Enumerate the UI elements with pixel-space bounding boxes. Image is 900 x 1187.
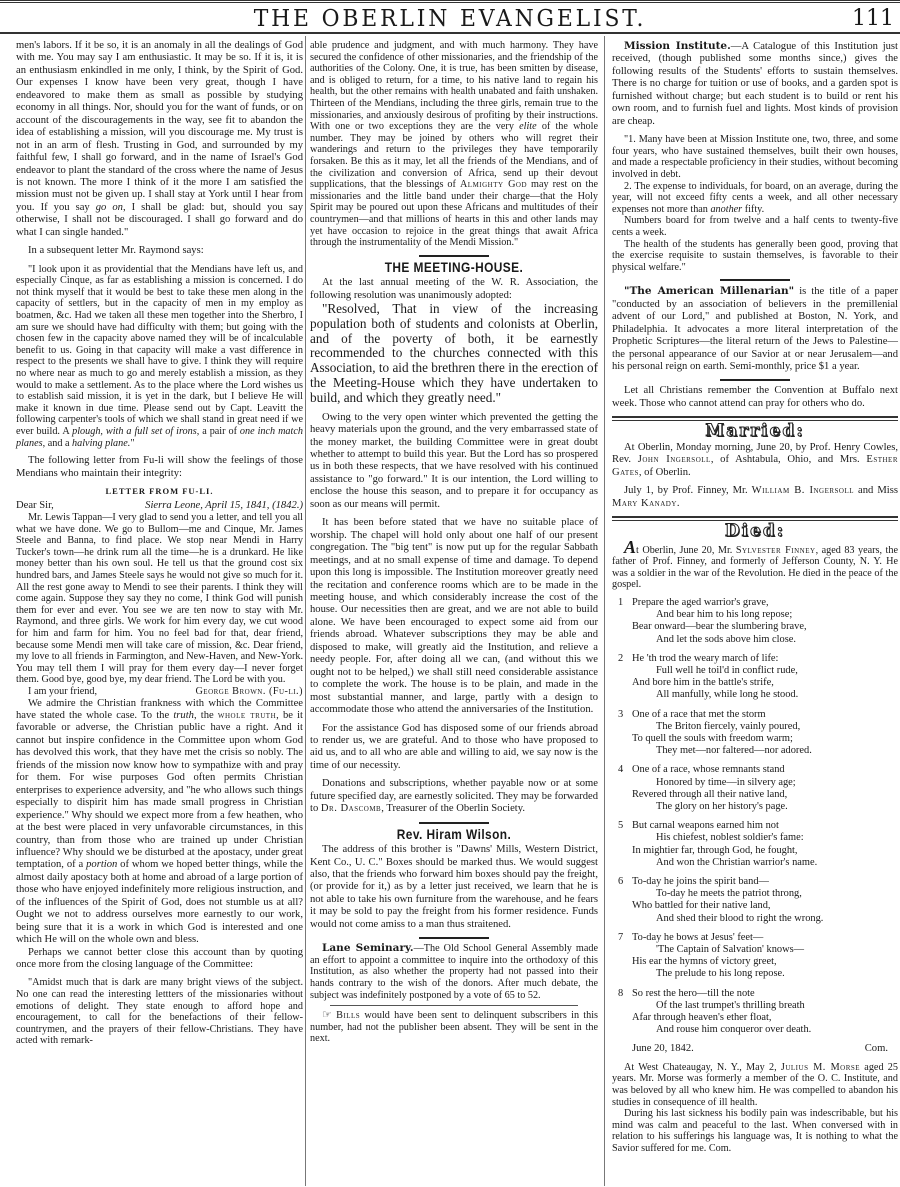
poem-stanza: 3One of a race that met the stormThe Bri… <box>632 709 898 758</box>
paragraph: Owing to the very open winter which prev… <box>310 412 598 512</box>
poem-line: 4One of a race, whose remnants stand <box>632 764 898 776</box>
stanza-number: 1 <box>618 597 632 609</box>
paragraph: The address of this brother is "Dawns' M… <box>310 844 598 931</box>
poem-line: 2He 'th trod the weary march of life: <box>632 653 898 665</box>
poem-line: To quell the souls with freedom warm; <box>632 733 898 745</box>
article-heading: THE MEETING-HOUSE. <box>332 261 577 273</box>
drop-cap: A <box>624 537 636 557</box>
stanza-number: 2 <box>618 653 632 665</box>
poem-line: In mightier far, through God, he fought, <box>632 845 898 857</box>
poem-line: 1Prepare the aged warrior's grave, <box>632 597 898 609</box>
stanza-number: 7 <box>618 932 632 944</box>
column-1: men's labors. If it be so, it is an anom… <box>16 40 303 1047</box>
poem-line: The glory on her history's page. <box>632 801 898 813</box>
page-number: 111 <box>852 5 894 33</box>
poem-stanza: 8So rest the hero—till the noteOf the la… <box>632 988 898 1037</box>
poem-line: 'The Captain of Salvation' knows— <box>632 944 898 956</box>
column-divider <box>604 36 605 1186</box>
poem-line: And rouse him conqueror over death. <box>632 1024 898 1036</box>
paragraph: Mission Institute.—A Catalogue of this I… <box>612 40 898 128</box>
stanza-number: 4 <box>618 764 632 776</box>
column-3: Mission Institute.—A Catalogue of this I… <box>612 40 898 1155</box>
stanza-number: 8 <box>618 988 632 1000</box>
quoted-paragraph: 2. The expense to individuals, for board… <box>612 181 898 216</box>
poem-stanza: 5But carnal weapons earned him notHis ch… <box>632 820 898 869</box>
divider <box>419 937 489 939</box>
paragraph: It has been before stated that we have n… <box>310 517 598 716</box>
poem-footer: June 20, 1842. Com. <box>612 1043 898 1055</box>
poem-stanza: 2He 'th trod the weary march of life:Ful… <box>632 653 898 702</box>
poem-stanza: 1Prepare the aged warrior's grave,And be… <box>632 597 898 646</box>
newspaper-title: THE OBERLIN EVANGELIST. <box>23 5 878 33</box>
paragraph: We admire the Christian frankness with w… <box>16 698 303 947</box>
column-divider <box>305 36 306 1186</box>
poem-line: Bear onward—bear the slumbering brave, <box>632 621 898 633</box>
poem-line: The Briton fiercely, vainly poured, <box>632 721 898 733</box>
poem-line: Afar through heaven's ether float, <box>632 1012 898 1024</box>
divider <box>419 255 489 257</box>
letter-signoff: I am your friend, George Brown. (Fu-li.) <box>16 686 303 698</box>
memorial-poem: 1Prepare the aged warrior's grave,And be… <box>612 597 898 1037</box>
poem-stanza: 6To-day he joins the spirit band—To-day … <box>632 876 898 925</box>
signature: George Brown. (Fu-li.) <box>195 686 303 698</box>
letter-body: Mr. Lewis Tappan—I very glad to send you… <box>16 512 303 686</box>
poem-line: 7To-day he bows at Jesus' feet— <box>632 932 898 944</box>
married-heading: Married: <box>612 425 898 437</box>
paragraph: men's labors. If it be so, it is an anom… <box>16 40 303 239</box>
notice: ☞ Bills would have been sent to delinque… <box>310 1010 598 1045</box>
paragraph: At the last annual meeting of the W. R. … <box>310 277 598 302</box>
poem-line: And shed their blood to right the wrong. <box>632 913 898 925</box>
pointing-hand-icon: ☞ <box>322 1009 332 1021</box>
poem-line: Who battled for their native land, <box>632 900 898 912</box>
paragraph: The following letter from Fu-li will sho… <box>16 455 303 480</box>
quoted-paragraph: The health of the students has generally… <box>612 239 898 274</box>
poem-stanza: 4One of a race, whose remnants standHono… <box>632 764 898 813</box>
poem-line: And let the sods above him close. <box>632 634 898 646</box>
resolution-text: "Resolved, That in view of the increasin… <box>310 302 598 406</box>
poem-line: To-day he meets the patriot throng, <box>632 888 898 900</box>
divider <box>720 379 790 381</box>
paragraph: Lane Seminary.—The Old School General As… <box>310 943 598 1001</box>
quoted-paragraph: "1. Many have been at Mission Institute … <box>612 134 898 180</box>
quoted-paragraph: Numbers board for from twelve and a half… <box>612 215 898 238</box>
article-heading: Rev. Hiram Wilson. <box>332 828 577 840</box>
poem-line: His chiefest, noblest soldier's fame: <box>632 832 898 844</box>
stanza-number: 5 <box>618 820 632 832</box>
poem-line: And bore him in the battle's strife, <box>632 677 898 689</box>
letter-heading: LETTER FROM FU-LI. <box>16 485 303 497</box>
poem-line: All manfully, while long he stood. <box>632 689 898 701</box>
poem-line: Revered through all their native land, <box>632 789 898 801</box>
divider <box>330 1005 578 1006</box>
poem-line: And won the Christian warrior's name. <box>632 857 898 869</box>
quoted-letter: "I look upon it as providential that the… <box>16 264 303 450</box>
poem-line: Full well he toil'd in conflict rude, <box>632 665 898 677</box>
letter-dateline: Dear Sir, Sierra Leone, April 15, 1841, … <box>16 500 303 512</box>
masthead: THE OBERLIN EVANGELIST. 111 <box>0 0 900 34</box>
poem-line: Honored by time—in silvery age; <box>632 777 898 789</box>
poem-line: 8So rest the hero—till the note <box>632 988 898 1000</box>
poem-line: 3One of a race that met the storm <box>632 709 898 721</box>
died-heading: Died: <box>612 525 898 537</box>
poem-line: His ear the hymns of victory greet, <box>632 956 898 968</box>
divider <box>720 279 790 281</box>
poem-line: The prelude to his long repose. <box>632 968 898 980</box>
stanza-number: 6 <box>618 876 632 888</box>
quoted-paragraph: "Amidst much that is dark are many brigh… <box>16 977 303 1047</box>
paragraph: In a subsequent letter Mr. Raymond says: <box>16 245 303 257</box>
poem-line: Of the last trumpet's thrilling breath <box>632 1000 898 1012</box>
marriage-notice: July 1, by Prof. Finney, Mr. William B. … <box>612 485 898 510</box>
paragraph: Let all Christians remember the Conventi… <box>612 385 898 410</box>
death-notice: During his last sickness his bodily pain… <box>612 1108 898 1154</box>
stanza-number: 3 <box>618 709 632 721</box>
quoted-paragraph: able prudence and judgment, and with muc… <box>310 40 598 249</box>
column-2: able prudence and judgment, and with muc… <box>310 40 598 1045</box>
death-notice: At West Chateaugay, N. Y., May 2, Julius… <box>612 1062 898 1108</box>
poem-line: They met—nor faltered—nor adored. <box>632 745 898 757</box>
paragraph: For the assistance God has disposed some… <box>310 723 598 773</box>
divider <box>419 822 489 824</box>
poem-line: 6To-day he joins the spirit band— <box>632 876 898 888</box>
paragraph: Perhaps we cannot better close this acco… <box>16 947 303 972</box>
paragraph: Donations and subscriptions, whether pay… <box>310 778 598 815</box>
poem-line: And bear him to his long repose; <box>632 609 898 621</box>
death-notice: At Oberlin, June 20, Mr. Sylvester Finne… <box>612 542 898 591</box>
poem-stanza: 7To-day he bows at Jesus' feet—'The Capt… <box>632 932 898 981</box>
marriage-notice: At Oberlin, Monday morning, June 20, by … <box>612 442 898 479</box>
poem-line: 5But carnal weapons earned him not <box>632 820 898 832</box>
paragraph: "The American Millenarian" is the title … <box>612 285 898 373</box>
